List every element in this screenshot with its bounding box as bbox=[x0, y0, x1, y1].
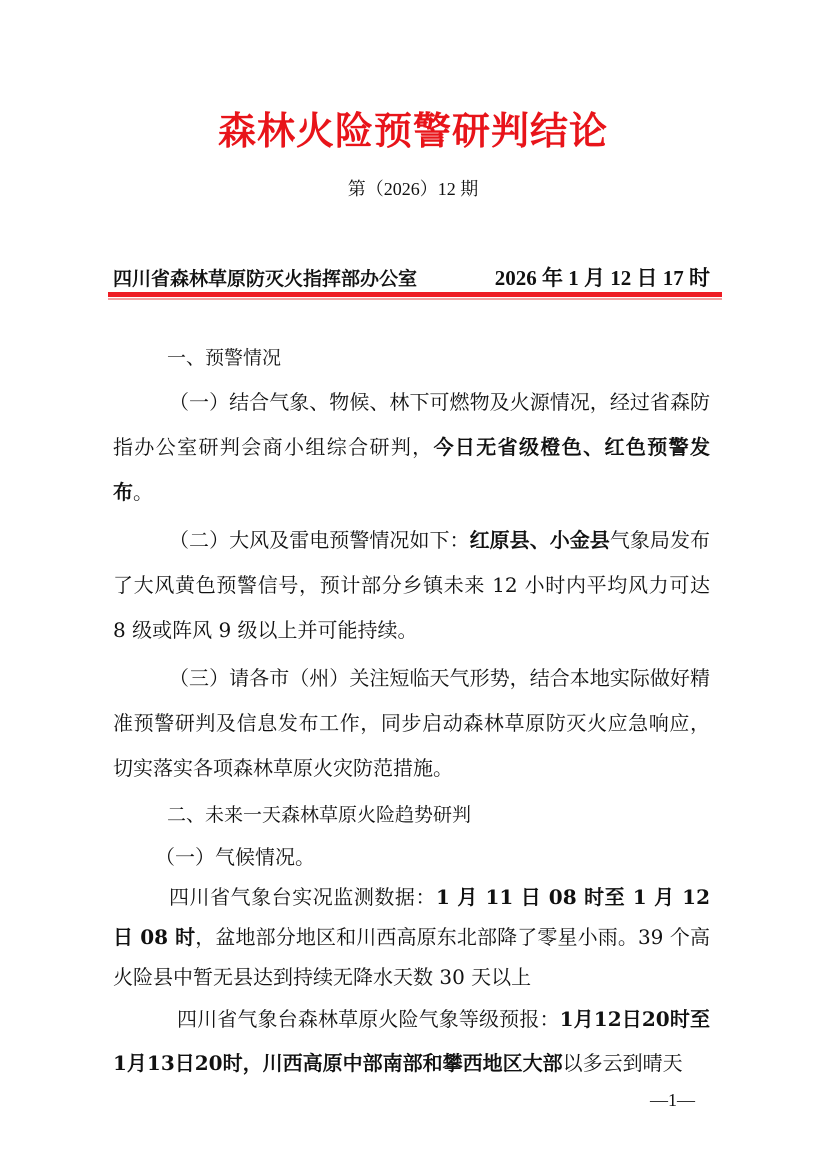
text-span: （三）请各市（州）关注短临天气形势，结合本地实际做好精准预警研判及信息发布工作，… bbox=[113, 666, 710, 780]
text-span: 四川省气象台森林草原火险气象等级预报： bbox=[177, 1007, 560, 1031]
text-span: （二）大风及雷电预警情况如下： bbox=[169, 528, 470, 552]
paragraph-2-1: 四川省气象台实况监测数据：1 月 11 日 08 时至 1 月 12 日 08 … bbox=[113, 877, 710, 997]
document-page: 森林火险预警研判结论 第（2026）12 期 四川省森林草原防灭火指挥部办公室 … bbox=[0, 0, 826, 1169]
header-rule-thin bbox=[108, 298, 722, 300]
section-heading-1: 一、预警情况 bbox=[113, 338, 710, 378]
paragraph-1-2: （二）大风及雷电预警情况如下：红原县、小金县气象局发布了大风黄色预警信号，预计部… bbox=[113, 518, 710, 653]
issue-number: 第（2026）12 期 bbox=[0, 175, 826, 201]
issuer-name: 四川省森林草原防灭火指挥部办公室 bbox=[113, 264, 417, 291]
header-rule-thick bbox=[108, 292, 722, 297]
paragraph-1-1: （一）结合气象、物候、林下可燃物及火源情况，经过省森防指办公室研判会商小组综合研… bbox=[113, 380, 710, 515]
document-body: 一、预警情况 （一）结合气象、物候、林下可燃物及火源情况，经过省森防指办公室研判… bbox=[113, 338, 710, 1085]
section-heading-2: 二、未来一天森林草原火险趋势研判 bbox=[113, 795, 710, 835]
bold-text-span: 红原县、小金县 bbox=[470, 528, 610, 552]
text-span: 以多云到晴天 bbox=[563, 1051, 683, 1075]
page-number: —1— bbox=[650, 1090, 695, 1111]
subheading-2-1: （一）气候情况。 bbox=[113, 837, 710, 877]
document-title: 森林火险预警研判结论 bbox=[0, 100, 826, 155]
issue-datetime: 2026 年 1 月 12 日 17 时 bbox=[495, 262, 710, 292]
paragraph-1-3: （三）请各市（州）关注短临天气形势，结合本地实际做好精准预警研判及信息发布工作，… bbox=[113, 656, 710, 791]
text-span: ，盆地部分地区和川西高原东北部降了零星小雨。39 个高火险县中暂无县达到持续无降… bbox=[113, 925, 710, 989]
text-span: 。 bbox=[133, 480, 153, 504]
text-span: 四川省气象台实况监测数据： bbox=[169, 885, 436, 909]
issuer-row: 四川省森林草原防灭火指挥部办公室 2026 年 1 月 12 日 17 时 bbox=[113, 262, 710, 292]
paragraph-2-2: 四川省气象台森林草原火险气象等级预报：1月12日20时至 1月13日20时，川西… bbox=[113, 997, 710, 1085]
